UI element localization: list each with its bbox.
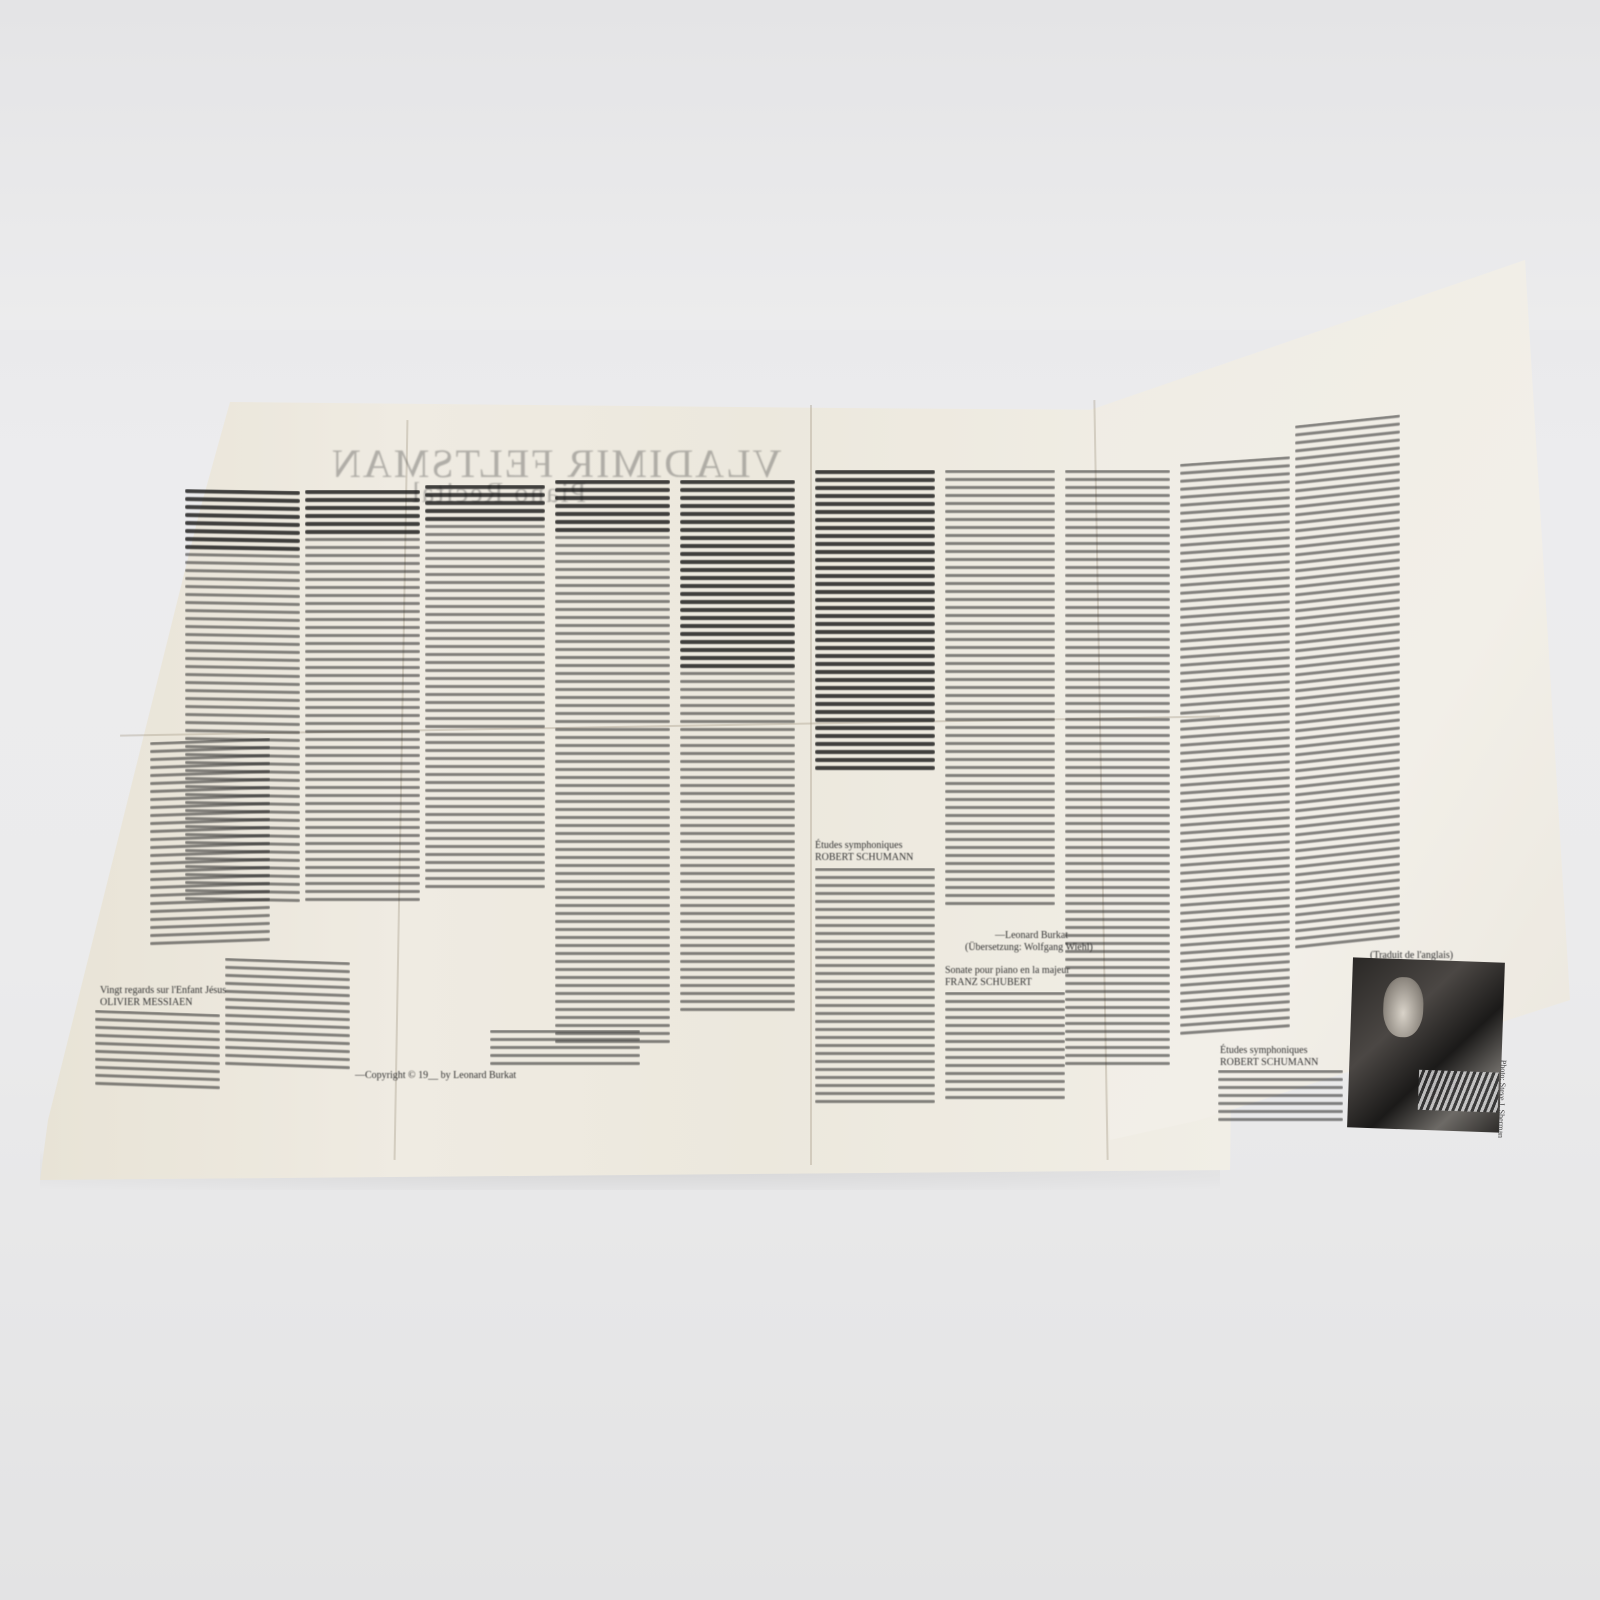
text-column (95, 1010, 220, 1094)
text-column (815, 470, 935, 790)
text-column (425, 485, 545, 940)
text-column (1295, 414, 1400, 965)
section-composer: ROBERT SCHUMANN (1220, 1057, 1318, 1069)
copyright-notice: —Copyright © 19__ by Leonard Burkat (355, 1070, 516, 1082)
text-column (1218, 1070, 1343, 1126)
author-signature: —Leonard Burkat (995, 930, 1068, 942)
section-heading: Études symphoniques (815, 840, 903, 852)
pianist-photo (1347, 957, 1505, 1132)
text-column (680, 480, 795, 1080)
section-composer: OLIVIER MESSIAEN (100, 997, 193, 1009)
leaflet: VLADIMIR FELTSMAN Piano Recital Études s… (0, 0, 1600, 1600)
section-composer: ROBERT SCHUMANN (815, 852, 913, 864)
section-heading: Études symphoniques (1220, 1045, 1308, 1057)
text-column (150, 738, 270, 962)
text-column (1065, 470, 1170, 1070)
section-heading: Vingt regards sur l'Enfant Jésus (100, 985, 226, 997)
text-column (490, 1030, 640, 1070)
text-column (945, 470, 1055, 920)
section-heading: Sonate pour piano en la majeur (945, 965, 1070, 977)
photo-credit: Photo: Steve J. Sherman (1496, 1060, 1508, 1138)
text-column (1180, 456, 1290, 1044)
fold-crease (810, 405, 812, 1165)
text-column (815, 868, 935, 1108)
piano-keys (1418, 1070, 1499, 1113)
text-column (305, 490, 420, 950)
pianist-face (1382, 977, 1424, 1038)
text-column (225, 958, 350, 1082)
text-column (945, 992, 1065, 1112)
text-column (555, 480, 670, 1080)
section-composer: FRANZ SCHUBERT (945, 977, 1032, 989)
